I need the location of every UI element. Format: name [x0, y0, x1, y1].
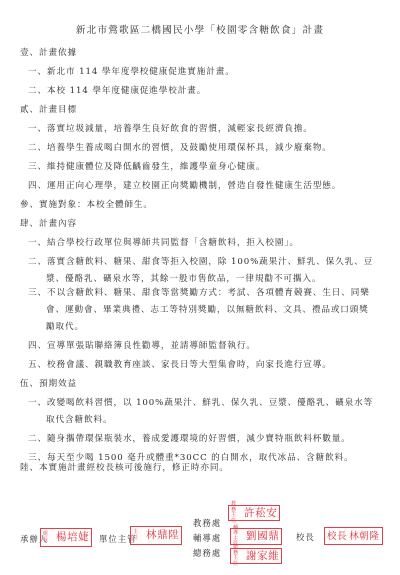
list-item-continuation: 漿、優酪乳、礦泉水等，其餘一般市售飲品，一律規勸不可攜入。: [46, 274, 321, 284]
stamp-title: 總務主任: [233, 545, 244, 567]
stamp-name: 許菘安: [244, 507, 277, 520]
stamp-title: 主任: [133, 530, 144, 541]
list-item: 一、結合學校行政單位與導師共同監督「含糖飲料，拒入校園」。: [28, 238, 299, 248]
unit-head-stamp: 主任 林鼎陞: [130, 526, 182, 545]
stamp-title: 組長: [43, 532, 54, 543]
principal-stamp: 校長 林朝隆: [324, 527, 383, 545]
list-item: 二、本校 114 學年度健康促進學校計畫。: [28, 86, 206, 96]
office-label-academic: 教務處: [193, 517, 221, 529]
office-label-general: 總務處: [193, 547, 221, 559]
general-affairs-stamp: 總務主任 謝家維: [230, 548, 282, 564]
list-item: 三、維持健康體位及降低齲齒發生，維護學童身心健康。: [28, 162, 265, 172]
list-item: 二、培養學生養成喝白開水的習慣，及鼓勵使用環保杯具，減少廢棄物。: [28, 143, 332, 153]
section-heading-6: 陸、本實施計畫經校長核可後施行，修正時亦同。: [20, 463, 229, 473]
list-item: 一、落實垃圾減量，培養學生良好飲食的習慣，減輕家長經濟負擔。: [28, 124, 313, 134]
stamp-name: 林鼎陞: [146, 529, 179, 542]
list-item: 四、運用正向心理學，建立校園正向獎勵機制，營造自發性健康生活型態。: [28, 181, 341, 191]
stamp-title: 校長: [327, 530, 347, 543]
section-heading-4: 肆、計畫內容: [20, 219, 77, 229]
stamp-name: 楊培婕: [56, 531, 89, 544]
stamp-name: 謝家維: [246, 550, 279, 563]
list-item: 五、校務會議、親職教育座談、家長日等大型集會時，向家長進行宣導。: [28, 360, 332, 370]
section-heading-2: 貳、計畫目標: [20, 105, 77, 115]
list-item: 三、不以含糖飲料、糖果、甜食等當獎勵方式：考試、各項體育競賽、生日、同樂: [28, 288, 370, 298]
list-item-continuation: 取代含糖飲料。: [46, 415, 112, 425]
list-item-continuation: 勵取代。: [46, 322, 84, 332]
list-item: 一、新北市 114 學年度學校健康促進實施計畫。: [28, 67, 235, 77]
office-label-counseling: 輔導處: [193, 532, 221, 544]
principal-label: 校長: [296, 531, 315, 543]
list-item: 二、落實含糖飲料、糖果、甜食等拒入校園，除 100%蔬果汁、鮮乳、保久乳、豆: [28, 257, 373, 267]
stamp-name: 劉國鼎: [246, 530, 279, 543]
academic-stamp: 教務主任 許菘安: [228, 505, 280, 521]
list-item: 一、改變喝飲料習慣，以 100%蔬果汁、鮮乳、保久乳、豆漿、優酪乳、礦泉水等: [28, 398, 373, 408]
counseling-stamp: 輔導主任 劉國鼎: [230, 528, 282, 545]
list-item: 三、每天至少喝 1500 毫升或體重*30CC 的白開水，取代冰品、含糖飲料。: [28, 453, 354, 463]
handler-stamp: 組長 楊培婕: [40, 528, 92, 547]
section-heading-1: 壹、計畫依據: [20, 48, 77, 58]
list-item: 二、隨身攜帶環保瓶裝水，養成愛護環境的好習慣，減少寶特瓶飲料杯數量。: [28, 434, 351, 444]
document-title: 新北市鶯歌區二橋國民小學「校園零含糖飲食」計畫: [0, 22, 400, 36]
stamp-name: 林朝隆: [349, 530, 379, 543]
list-item: 四、宣導單張貼聯絡簿良性勸導，並請導師監督執行。: [28, 341, 256, 351]
stamp-title: 教務主任: [231, 502, 242, 524]
section-heading-5: 伍、預期效益: [20, 379, 77, 389]
section-heading-3: 參、實施對象：本校全體師生。: [20, 200, 153, 210]
list-item-continuation: 會、運動會、畢業典禮、志工等特別獎勵，以無糖飲料、文具、禮品或口頭獎: [46, 305, 369, 315]
